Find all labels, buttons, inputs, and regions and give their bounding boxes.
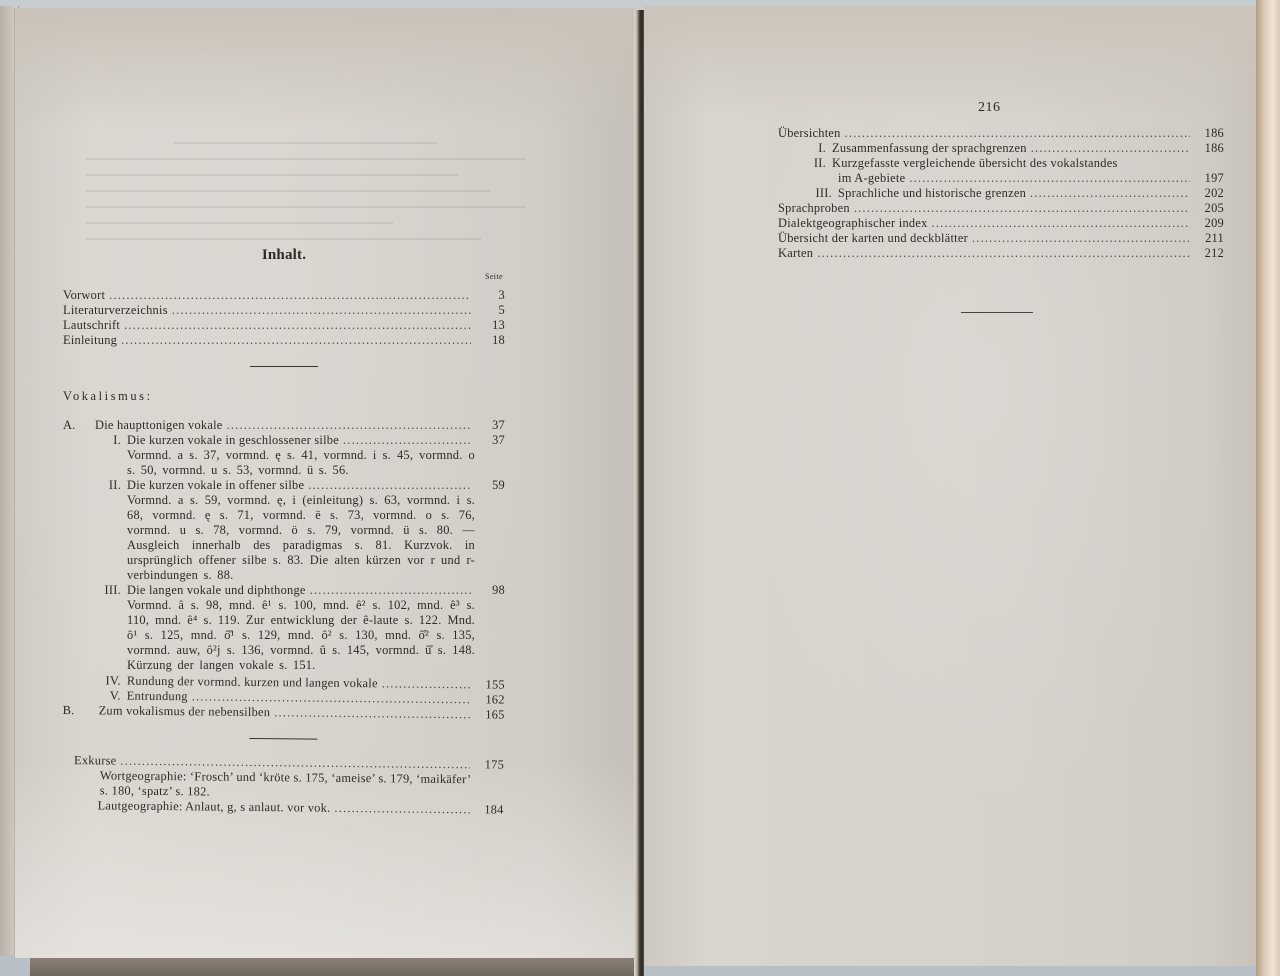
toc-entry[interactable]: Karten212 — [778, 246, 1224, 261]
toc-entry[interactable]: Übersicht der karten und deckblätter211 — [778, 231, 1224, 246]
toc-entry[interactable]: Vorwort3 — [63, 288, 505, 303]
toc-entry[interactable]: Dialektgeographischer index209 — [778, 216, 1224, 231]
end-divider — [961, 312, 1033, 313]
toc-entry[interactable]: Literaturverzeichnis5 — [63, 303, 505, 318]
toc-entry-section-b[interactable]: B.Zum vokalismus der nebensilben165 — [63, 703, 505, 723]
page-number: 216 — [978, 100, 1001, 116]
toc-entry[interactable]: Sprachproben205 — [778, 201, 1224, 216]
toc-entry[interactable]: III.Sprachliche und historische grenzen2… — [778, 186, 1224, 201]
section-divider — [249, 738, 317, 740]
book-cover-edge — [30, 955, 640, 976]
toc-entry-iii[interactable]: III.Die langen vokale und diphthonge98 — [63, 583, 505, 598]
toc-entry-section-a[interactable]: A.Die haupttonigen vokale37 — [63, 418, 505, 433]
toc-entry[interactable]: Übersichten186 — [778, 126, 1224, 141]
table-of-contents-left: Inhalt. Seite Vorwort3 Literaturverzeich… — [63, 248, 505, 813]
toc-entry[interactable]: Einleitung18 — [63, 333, 505, 348]
bleed-through-text — [85, 128, 525, 258]
toc-entry[interactable]: I.Zusammenfassung der sprachgrenzen186 — [778, 141, 1224, 156]
toc-entry-description: Vormnd. â s. 98, mnd. ê¹ s. 100, mnd. ê²… — [63, 598, 505, 673]
toc-entry[interactable]: Lautschrift13 — [63, 318, 505, 333]
toc-title: Inhalt. — [63, 248, 505, 263]
toc-entry-description: Vormnd. a s. 59, vormnd. ę, i (einleitun… — [63, 493, 505, 583]
toc-entry-ii[interactable]: II.Die kurzen vokale in offener silbe59 — [63, 478, 505, 493]
toc-entry-description: Wortgeographie: ‘Frosch’ und ‘kröte s. 1… — [62, 768, 504, 803]
table-of-contents-right: Übersichten186 I.Zusammenfassung der spr… — [778, 126, 1224, 261]
section-heading: Vokalismus: — [63, 389, 505, 404]
page-stack-edge — [1256, 0, 1280, 976]
toc-entry[interactable]: II.Kurzgefasste vergleichende übersicht … — [778, 156, 1224, 171]
page-column-label: Seite — [63, 269, 505, 284]
toc-entry-i[interactable]: I.Die kurzen vokale in geschlossener sil… — [63, 433, 505, 448]
book-spine — [634, 10, 644, 976]
toc-entry-description: Vormnd. a s. 37, vormnd. ę s. 41, vormnd… — [63, 448, 505, 478]
toc-entry-continuation[interactable]: im A-gebiete197 — [778, 171, 1224, 186]
section-divider — [250, 366, 318, 367]
